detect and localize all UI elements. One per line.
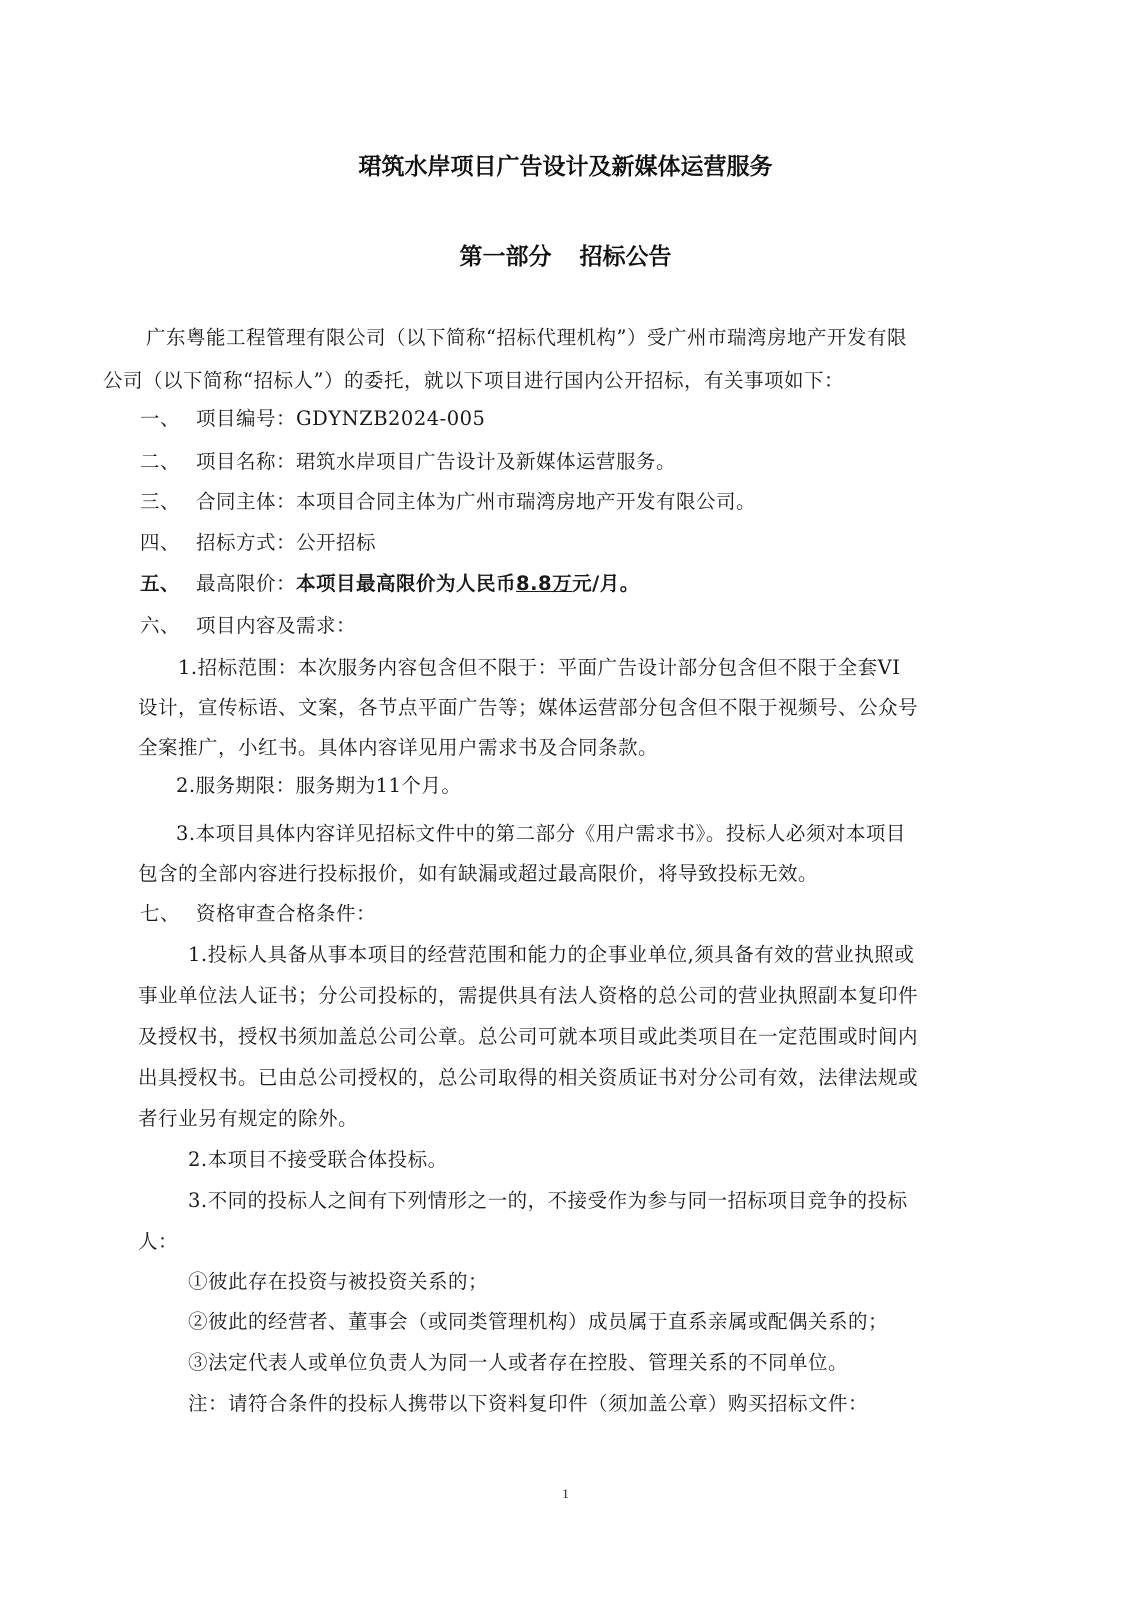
part-heading: 第一部分招标公告 bbox=[0, 238, 1131, 271]
item-text: 资格审查合格条件： bbox=[196, 902, 376, 925]
conflict-line-1: 3.不同的投标人之间有下列情形之一的，不接受作为参与同一招标项目竞争的投标 bbox=[188, 1187, 908, 1215]
document-page: 珺筑水岸项目广告设计及新媒体运营服务 第一部分招标公告 广东粤能工程管理有限公司… bbox=[0, 0, 1131, 1600]
item-label: 最高限价： bbox=[196, 572, 296, 595]
qual-line-4: 出具授权书。已由总公司授权的，总公司取得的相关资质证书对分公司有效，法律法规或 bbox=[138, 1064, 918, 1092]
price-text-post: 元/月。 bbox=[572, 572, 640, 595]
item-contract-party: 三、合同主体：本项目合同主体为广州市瑞湾房地产开发有限公司。 bbox=[140, 488, 756, 516]
item-project-number: 一、项目编号：GDYNZB2024-005 bbox=[140, 405, 485, 433]
item-number: 三、 bbox=[140, 488, 196, 516]
qual-line-1: 1.投标人具备从事本项目的经营范围和能力的企事业单位,须具备有效的营业执照或 bbox=[188, 941, 914, 969]
item-number: 一、 bbox=[140, 405, 196, 433]
details-line-2: 包含的全部内容进行投标报价，如有缺漏或超过最高限价，将导致投标无效。 bbox=[138, 860, 818, 888]
item-number: 七、 bbox=[140, 900, 196, 928]
scope-line-1: 1.招标范围：本次服务内容包含但不限于：平面广告设计部分包含但不限于全套VI bbox=[178, 654, 900, 682]
item-number: 二、 bbox=[140, 448, 196, 476]
service-period: 2.服务期限：服务期为11个月。 bbox=[176, 772, 461, 800]
item-text: 合同主体：本项目合同主体为广州市瑞湾房地产开发有限公司。 bbox=[196, 490, 756, 513]
no-consortium: 2.本项目不接受联合体投标。 bbox=[188, 1146, 448, 1174]
note-line: 注：请符合条件的投标人携带以下资料复印件（须加盖公章）购买招标文件： bbox=[188, 1390, 868, 1418]
item-text: 项目内容及需求： bbox=[196, 614, 356, 637]
scope-line-3: 全案推广，小红书。具体内容详见用户需求书及合同条款。 bbox=[138, 734, 658, 762]
item-number: 四、 bbox=[140, 529, 196, 557]
item-project-name: 二、项目名称：珺筑水岸项目广告设计及新媒体运营服务。 bbox=[140, 448, 676, 476]
item-qualification: 七、资格审查合格条件： bbox=[140, 900, 376, 928]
price-amount: 8.8万 bbox=[516, 572, 572, 595]
page-number: 1 bbox=[0, 1486, 1131, 1502]
item-number: 五、 bbox=[140, 570, 196, 598]
conflict-case-3: ③法定代表人或单位负责人为同一人或者存在控股、管理关系的不同单位。 bbox=[188, 1349, 848, 1377]
price-text-pre: 本项目最高限价为人民币 bbox=[296, 572, 516, 595]
scope-line-2: 设计，宣传标语、文案，各节点平面广告等；媒体运营部分包含但不限于视频号、公众号 bbox=[138, 694, 918, 722]
qual-line-2: 事业单位法人证书；分公司投标的，需提供具有法人资格的总公司的营业执照副本复印件 bbox=[138, 982, 918, 1010]
item-text: 项目名称：珺筑水岸项目广告设计及新媒体运营服务。 bbox=[196, 450, 676, 473]
item-max-price: 五、最高限价：本项目最高限价为人民币8.8万元/月。 bbox=[140, 570, 640, 598]
part-name: 招标公告 bbox=[580, 244, 672, 270]
conflict-case-2: ②彼此的经营者、董事会（或同类管理机构）成员属于直系亲属或配偶关系的； bbox=[188, 1308, 888, 1336]
item-tender-method: 四、招标方式：公开招标 bbox=[140, 529, 376, 557]
item-text: 项目编号：GDYNZB2024-005 bbox=[196, 407, 485, 430]
item-content-requirements: 六、项目内容及需求： bbox=[140, 612, 356, 640]
item-number: 六、 bbox=[140, 612, 196, 640]
conflict-case-1: ①彼此存在投资与被投资关系的； bbox=[188, 1268, 488, 1296]
conflict-line-2: 人： bbox=[138, 1228, 178, 1256]
item-text: 招标方式：公开招标 bbox=[196, 531, 376, 554]
part-label: 第一部分 bbox=[460, 244, 552, 270]
details-line-1: 3.本项目具体内容详见招标文件中的第二部分《用户需求书》。投标人必须对本项目 bbox=[176, 820, 906, 848]
intro-line-2: 公司（以下简称“招标人”）的委托，就以下项目进行国内公开招标，有关事项如下： bbox=[103, 367, 844, 395]
qual-line-3: 及授权书，授权书须加盖总公司公章。总公司可就本项目或此类项目在一定范围或时间内 bbox=[138, 1023, 918, 1051]
intro-line-1: 广东粤能工程管理有限公司（以下简称“招标代理机构”）受广州市瑞湾房地产开发有限 bbox=[146, 324, 907, 352]
document-title: 珺筑水岸项目广告设计及新媒体运营服务 bbox=[0, 148, 1131, 181]
qual-line-5: 者行业另有规定的除外。 bbox=[138, 1105, 358, 1133]
